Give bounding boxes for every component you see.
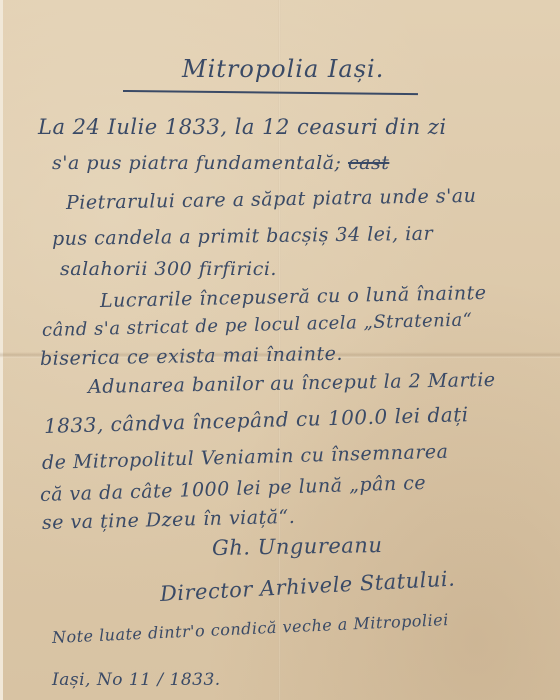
body-line-1: La 24 Iulie 1833, la 12 ceasuri din zi [38, 115, 447, 139]
body-line-5: salahorii 300 firfirici. [60, 258, 277, 280]
signature-title: Director Arhivele Statului. [159, 567, 455, 606]
body-line-4: pus candela a primit bacșiș 34 lei, iar [52, 223, 433, 250]
body-line-7: când s'a stricat de pe locul acela „Stra… [42, 309, 473, 341]
footnote-line-1: Note luate dintr'o condică veche a Mitro… [52, 610, 450, 647]
body-line-10: 1833, cândva începând cu 100.0 lei dați [44, 402, 469, 438]
body-line-2-text: s'a pus piatra fundamentală; [52, 152, 341, 174]
body-line-13: se va ține Dzeu în viață“. [42, 506, 296, 534]
paper-edge [0, 0, 3, 700]
body-line-12: că va da câte 1000 lei pe lună „pân ce [40, 472, 427, 506]
document-title: Mitropolia Iași. [182, 55, 384, 83]
body-line-11: de Mitropolitul Veniamin cu însemnarea [42, 441, 449, 474]
body-line-9: Adunarea banilor au început la 2 Martie [88, 369, 496, 398]
title-underline [123, 90, 418, 95]
body-line-8: biserica ce exista mai înainte. [40, 343, 343, 370]
signature-name: Gh. Ungureanu [212, 533, 383, 560]
footnote-line-2: Iași, No 11 / 1833. [52, 670, 221, 690]
body-line-2: s'a pus piatra fundamentală; cast [52, 152, 389, 174]
struck-word: cast [348, 152, 389, 174]
document-page: Mitropolia Iași. La 24 Iulie 1833, la 12… [0, 0, 560, 700]
body-line-6: Lucrarile începuseră cu o lună înainte [100, 282, 487, 312]
body-line-3: Pietrarului care a săpat piatra unde s'a… [66, 185, 477, 214]
